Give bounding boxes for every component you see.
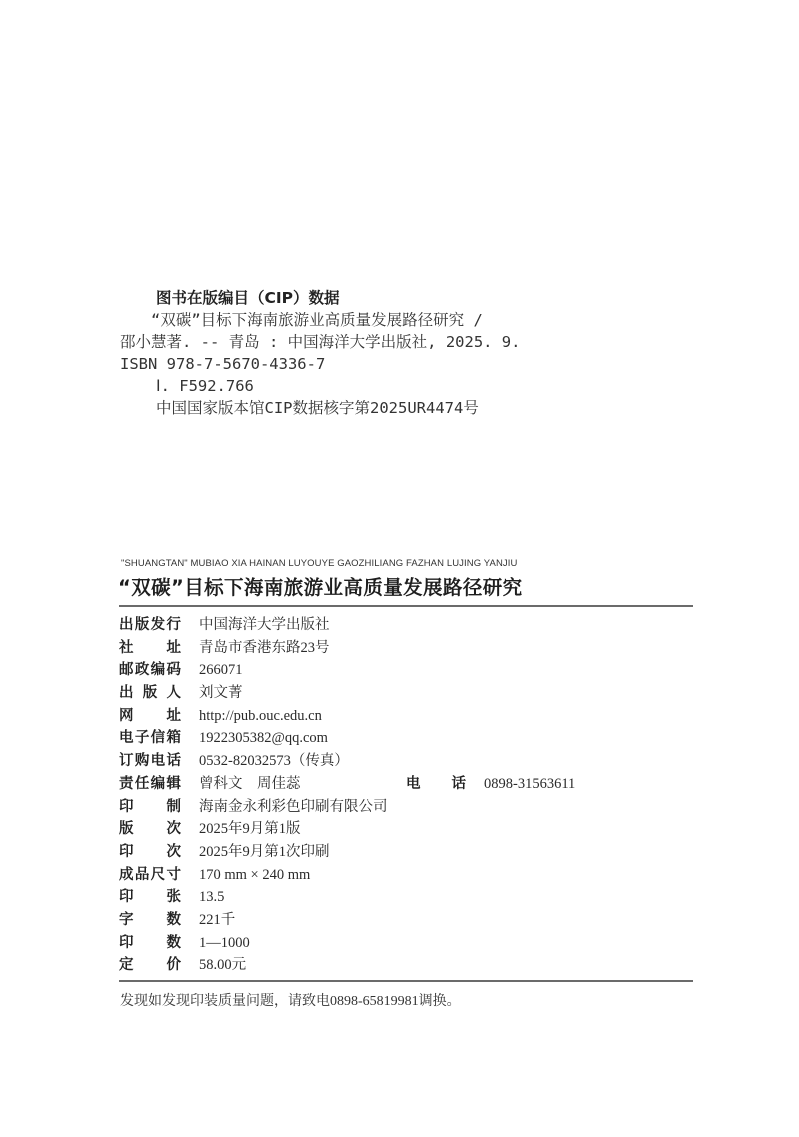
cip-line-record-number: 中国国家版本馆CIP数据核字第2025UR4474号 [120,397,560,419]
info-label: 印 制 [119,796,181,819]
label-char: 任 [135,773,150,796]
label-char: 次 [167,818,182,841]
bottom-divider [119,980,693,982]
info-value: 266071 [199,659,243,682]
email-link[interactable]: 1922305382@qq.com [199,727,328,750]
website-link[interactable]: http://pub.ouc.edu.cn [199,705,322,728]
label-char: 行 [166,614,181,637]
info-row-email: 电 子 信 箱 1922305382@qq.com [119,727,693,750]
label-char: 出 [119,614,134,637]
label-char: 印 [119,932,134,955]
info-row-publisher-person: 出 版 人 刘文菁 [119,682,693,705]
info-value: 13.5 [199,886,224,909]
label-char: 购 [135,750,150,773]
label-char: 子 [135,727,150,750]
info-row-address: 社 址 青岛市香港东路23号 [119,637,693,660]
label-char: 邮 [119,659,134,682]
info-row-sheets: 印 张 13.5 [119,886,693,909]
info-row-price: 定 价 58.00元 [119,954,693,977]
editor-phone-value: 0898-31563611 [484,773,575,796]
label-char: 电 [151,750,166,773]
info-value: 221千 [199,909,235,932]
label-char: 出 [119,682,134,705]
label-char: 字 [119,909,134,932]
label-char: 版 [143,682,158,705]
info-label: 出 版 人 [119,682,181,705]
info-row-word-count: 字 数 221千 [119,909,693,932]
cip-title: 图书在版编目（CIP）数据 [120,287,560,309]
label-char: 版 [119,818,134,841]
info-value: 170 mm × 240 mm [199,864,310,887]
label-char: 社 [119,637,134,660]
label-char: 发 [151,614,166,637]
label-char: 数 [167,932,182,955]
info-row-editors: 责 任 编 辑 曾科文 周佳蕊 电 话 0898-31563611 [119,773,693,796]
label-char: 信 [151,727,166,750]
book-title: “双碳”目标下海南旅游业高质量发展路径研究 [118,572,523,600]
info-row-publisher: 出 版 发 行 中国海洋大学出版社 [119,614,693,637]
info-row-size: 成 品 尺 寸 170 mm × 240 mm [119,864,693,887]
label-char: 电 [406,773,421,796]
label-char: 政 [135,659,150,682]
cip-line-author-publisher: 邵小慧著. -- 青岛 : 中国海洋大学出版社, 2025. 9. [120,331,560,353]
label-char: 箱 [166,727,181,750]
label-char: 定 [119,954,134,977]
label-char: 编 [151,773,166,796]
info-value: 曾科文 周佳蕊 [199,773,301,796]
label-char: 价 [167,954,182,977]
info-value: 青岛市香港东路23号 [199,637,330,660]
info-label: 印 数 [119,932,181,955]
publication-info-table: 出 版 发 行 中国海洋大学出版社 社 址 青岛市香港东路23号 邮 政 编 码… [119,614,693,977]
label-char: 寸 [166,864,181,887]
info-row-printing: 印 次 2025年9月第1次印刷 [119,841,693,864]
label-char: 品 [135,864,150,887]
quality-issue-note: 发现如发现印装质量问题，请致电0898-65819981调换。 [120,990,461,1010]
cip-line-book-title: “双碳”目标下海南旅游业高质量发展路径研究 / [120,309,560,331]
cip-line-isbn: ISBN 978-7-5670-4336-7 [120,353,560,375]
label-char: 责 [119,773,134,796]
info-label: 订 购 电 话 [119,750,181,773]
label-char: 人 [167,682,182,705]
label-char: 印 [119,841,134,864]
info-label: 出 版 发 行 [119,614,181,637]
info-value: 中国海洋大学出版社 [199,614,330,637]
label-char: 制 [167,796,182,819]
info-row-printer: 印 制 海南金永利彩色印刷有限公司 [119,796,693,819]
label-char: 数 [167,909,182,932]
info-label: 印 次 [119,841,181,864]
label-char: 成 [119,864,134,887]
info-value: 0532-82032573（传真） [199,750,349,773]
info-label: 版 次 [119,818,181,841]
label-char: 话 [166,750,181,773]
info-value: 海南金永利彩色印刷有限公司 [199,796,388,819]
info-label: 邮 政 编 码 [119,659,181,682]
cip-line-classification: Ⅰ. F592.766 [120,375,560,397]
info-label: 责 任 编 辑 [119,773,181,796]
info-row-website: 网 址 http://pub.ouc.edu.cn [119,705,693,728]
label-char: 张 [167,886,182,909]
info-label: 成 品 尺 寸 [119,864,181,887]
label-char: 次 [167,841,182,864]
info-label: 字 数 [119,909,181,932]
top-divider [119,605,693,607]
info-label: 印 张 [119,886,181,909]
editor-phone-label: 电 话 [406,773,466,796]
info-label: 定 价 [119,954,181,977]
label-char: 印 [119,796,134,819]
label-char: 电 [119,727,134,750]
info-row-order-phone: 订 购 电 话 0532-82032573（传真） [119,750,693,773]
label-char: 印 [119,886,134,909]
label-char: 址 [167,637,182,660]
info-value: 1—1000 [199,932,250,955]
label-char: 网 [119,705,134,728]
info-value: 58.00元 [199,954,246,977]
book-title-pinyin: "SHUANGTAN" MUBIAO XIA HAINAN LUYOUYE GA… [121,558,517,569]
info-label: 网 址 [119,705,181,728]
info-label: 社 址 [119,637,181,660]
label-char: 尺 [151,864,166,887]
info-value: 刘文菁 [199,682,243,705]
label-char: 版 [135,614,150,637]
info-value: 2025年9月第1次印刷 [199,841,330,864]
info-value: 2025年9月第1版 [199,818,301,841]
info-row-postcode: 邮 政 编 码 266071 [119,659,693,682]
label-char: 订 [119,750,134,773]
label-char: 辑 [166,773,181,796]
info-label: 电 子 信 箱 [119,727,181,750]
label-char: 编 [151,659,166,682]
label-char: 码 [166,659,181,682]
label-char: 址 [167,705,182,728]
info-row-print-run: 印 数 1—1000 [119,932,693,955]
info-row-edition: 版 次 2025年9月第1版 [119,818,693,841]
label-char: 话 [452,773,467,796]
cip-data-block: 图书在版编目（CIP）数据 “双碳”目标下海南旅游业高质量发展路径研究 / 邵小… [120,287,560,419]
